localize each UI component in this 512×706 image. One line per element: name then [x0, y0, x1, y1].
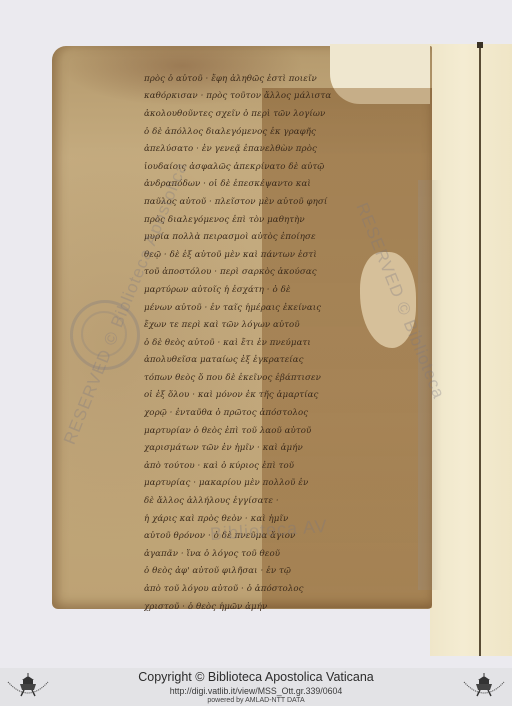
- text-line: χριστοῦ · ὁ θεὸς ἡμῶν ἀμήν: [144, 598, 400, 616]
- text-line: καθόρκισαν · πρὸς τοῦτον ἄλλος μάλιστα: [144, 88, 400, 106]
- text-line: ἀπελύσατο · ἐν γενεᾷ ἐπανελθὼν πρὸς: [144, 140, 400, 158]
- permalink-url[interactable]: http://digi.vatlib.it/view/MSS_Ott.gr.33…: [0, 686, 512, 696]
- text-line: μαρτυρίας · μακαρίου μὲν πολλοῦ ἐν: [144, 475, 400, 493]
- text-line: ἀπὸ τούτου · καὶ ὁ κύριος ἐπὶ τοῦ: [144, 457, 400, 475]
- text-line: δὲ ἄλλος ἀλλήλους ἐγγίσατε ·: [144, 492, 400, 510]
- text-line: πρὸς ὁ αὐτοῦ · ἔφη ἀληθῶς ἐστὶ ποιεῖν: [144, 70, 400, 88]
- copyright-text: Copyright © Biblioteca Apostolica Vatica…: [0, 670, 512, 684]
- text-line: μένων αὐτοῦ · ἐν ταῖς ἡμέραις ἐκείναις: [144, 299, 400, 317]
- vatican-library-logo-icon: [460, 672, 508, 702]
- text-line: οἱ ἐξ ὅλου · καὶ μόνον ἐκ τῆς ἁμαρτίας: [144, 387, 400, 405]
- copyright-footer: Copyright © Biblioteca Apostolica Vatica…: [0, 668, 512, 706]
- text-line: ὁ δὲ ἀπόλλος διαλεγόμενος ἐκ γραφῆς: [144, 123, 400, 141]
- text-line: θεῷ · δὲ ἐξ αὐτοῦ μὲν καὶ πάντων ἐστὶ: [144, 246, 400, 264]
- text-line: χορῷ · ἐνταῦθα ὁ πρῶτος ἀπόστολος: [144, 404, 400, 422]
- text-line: ἔχων τε περὶ καὶ τῶν λόγων αὐτοῦ: [144, 316, 400, 334]
- text-line: ἀπὸ τοῦ λόγου αὐτοῦ · ὁ ἀπόστολος: [144, 580, 400, 598]
- text-line: μαρτύρων αὐτοῖς ἡ ἐσχάτη · ὁ δὲ: [144, 281, 400, 299]
- text-line: ἀγαπᾶν · ἵνα ὁ λόγος τοῦ θεοῦ: [144, 545, 400, 563]
- guard-sheet: [430, 44, 512, 656]
- vatican-library-logo-icon: [4, 672, 52, 702]
- text-line: ὁ θεὸς ἀφ' αὐτοῦ φιλῆσαι · ἐν τῷ: [144, 563, 400, 581]
- text-line: ἀκολουθοῦντες σχεῖν ὁ περὶ τῶν λογίων: [144, 105, 400, 123]
- text-line: χαρισμάτων τῶν ἐν ἡμῖν · καὶ ἀμήν: [144, 439, 400, 457]
- binding-fold-line: [479, 44, 481, 656]
- binding-fold-cap: [477, 42, 483, 48]
- text-line: τοῦ ἀποστόλου · περὶ σαρκὸς ἀκούσας: [144, 264, 400, 282]
- manuscript-scan-viewport: πρὸς ὁ αὐτοῦ · ἔφη ἀληθῶς ἐστὶ ποιεῖν κα…: [0, 0, 512, 668]
- text-line: ἀπολυθεῖσα ματαίως ἐξ ἐγκρατείας: [144, 352, 400, 370]
- text-line: ὁ δὲ θεὸς αὐτοῦ · καὶ ἔτι ἐν πνεύματι: [144, 334, 400, 352]
- text-line: μαρτυρίαν ὁ θεὸς ἐπὶ τοῦ λαοῦ αὐτοῦ: [144, 422, 400, 440]
- powered-by-text: powered by AMLAD-NTT DATA: [0, 697, 512, 704]
- text-line: τόπων θεὸς ὅ που δὲ ἐκεῖνος ἐβάπτισεν: [144, 369, 400, 387]
